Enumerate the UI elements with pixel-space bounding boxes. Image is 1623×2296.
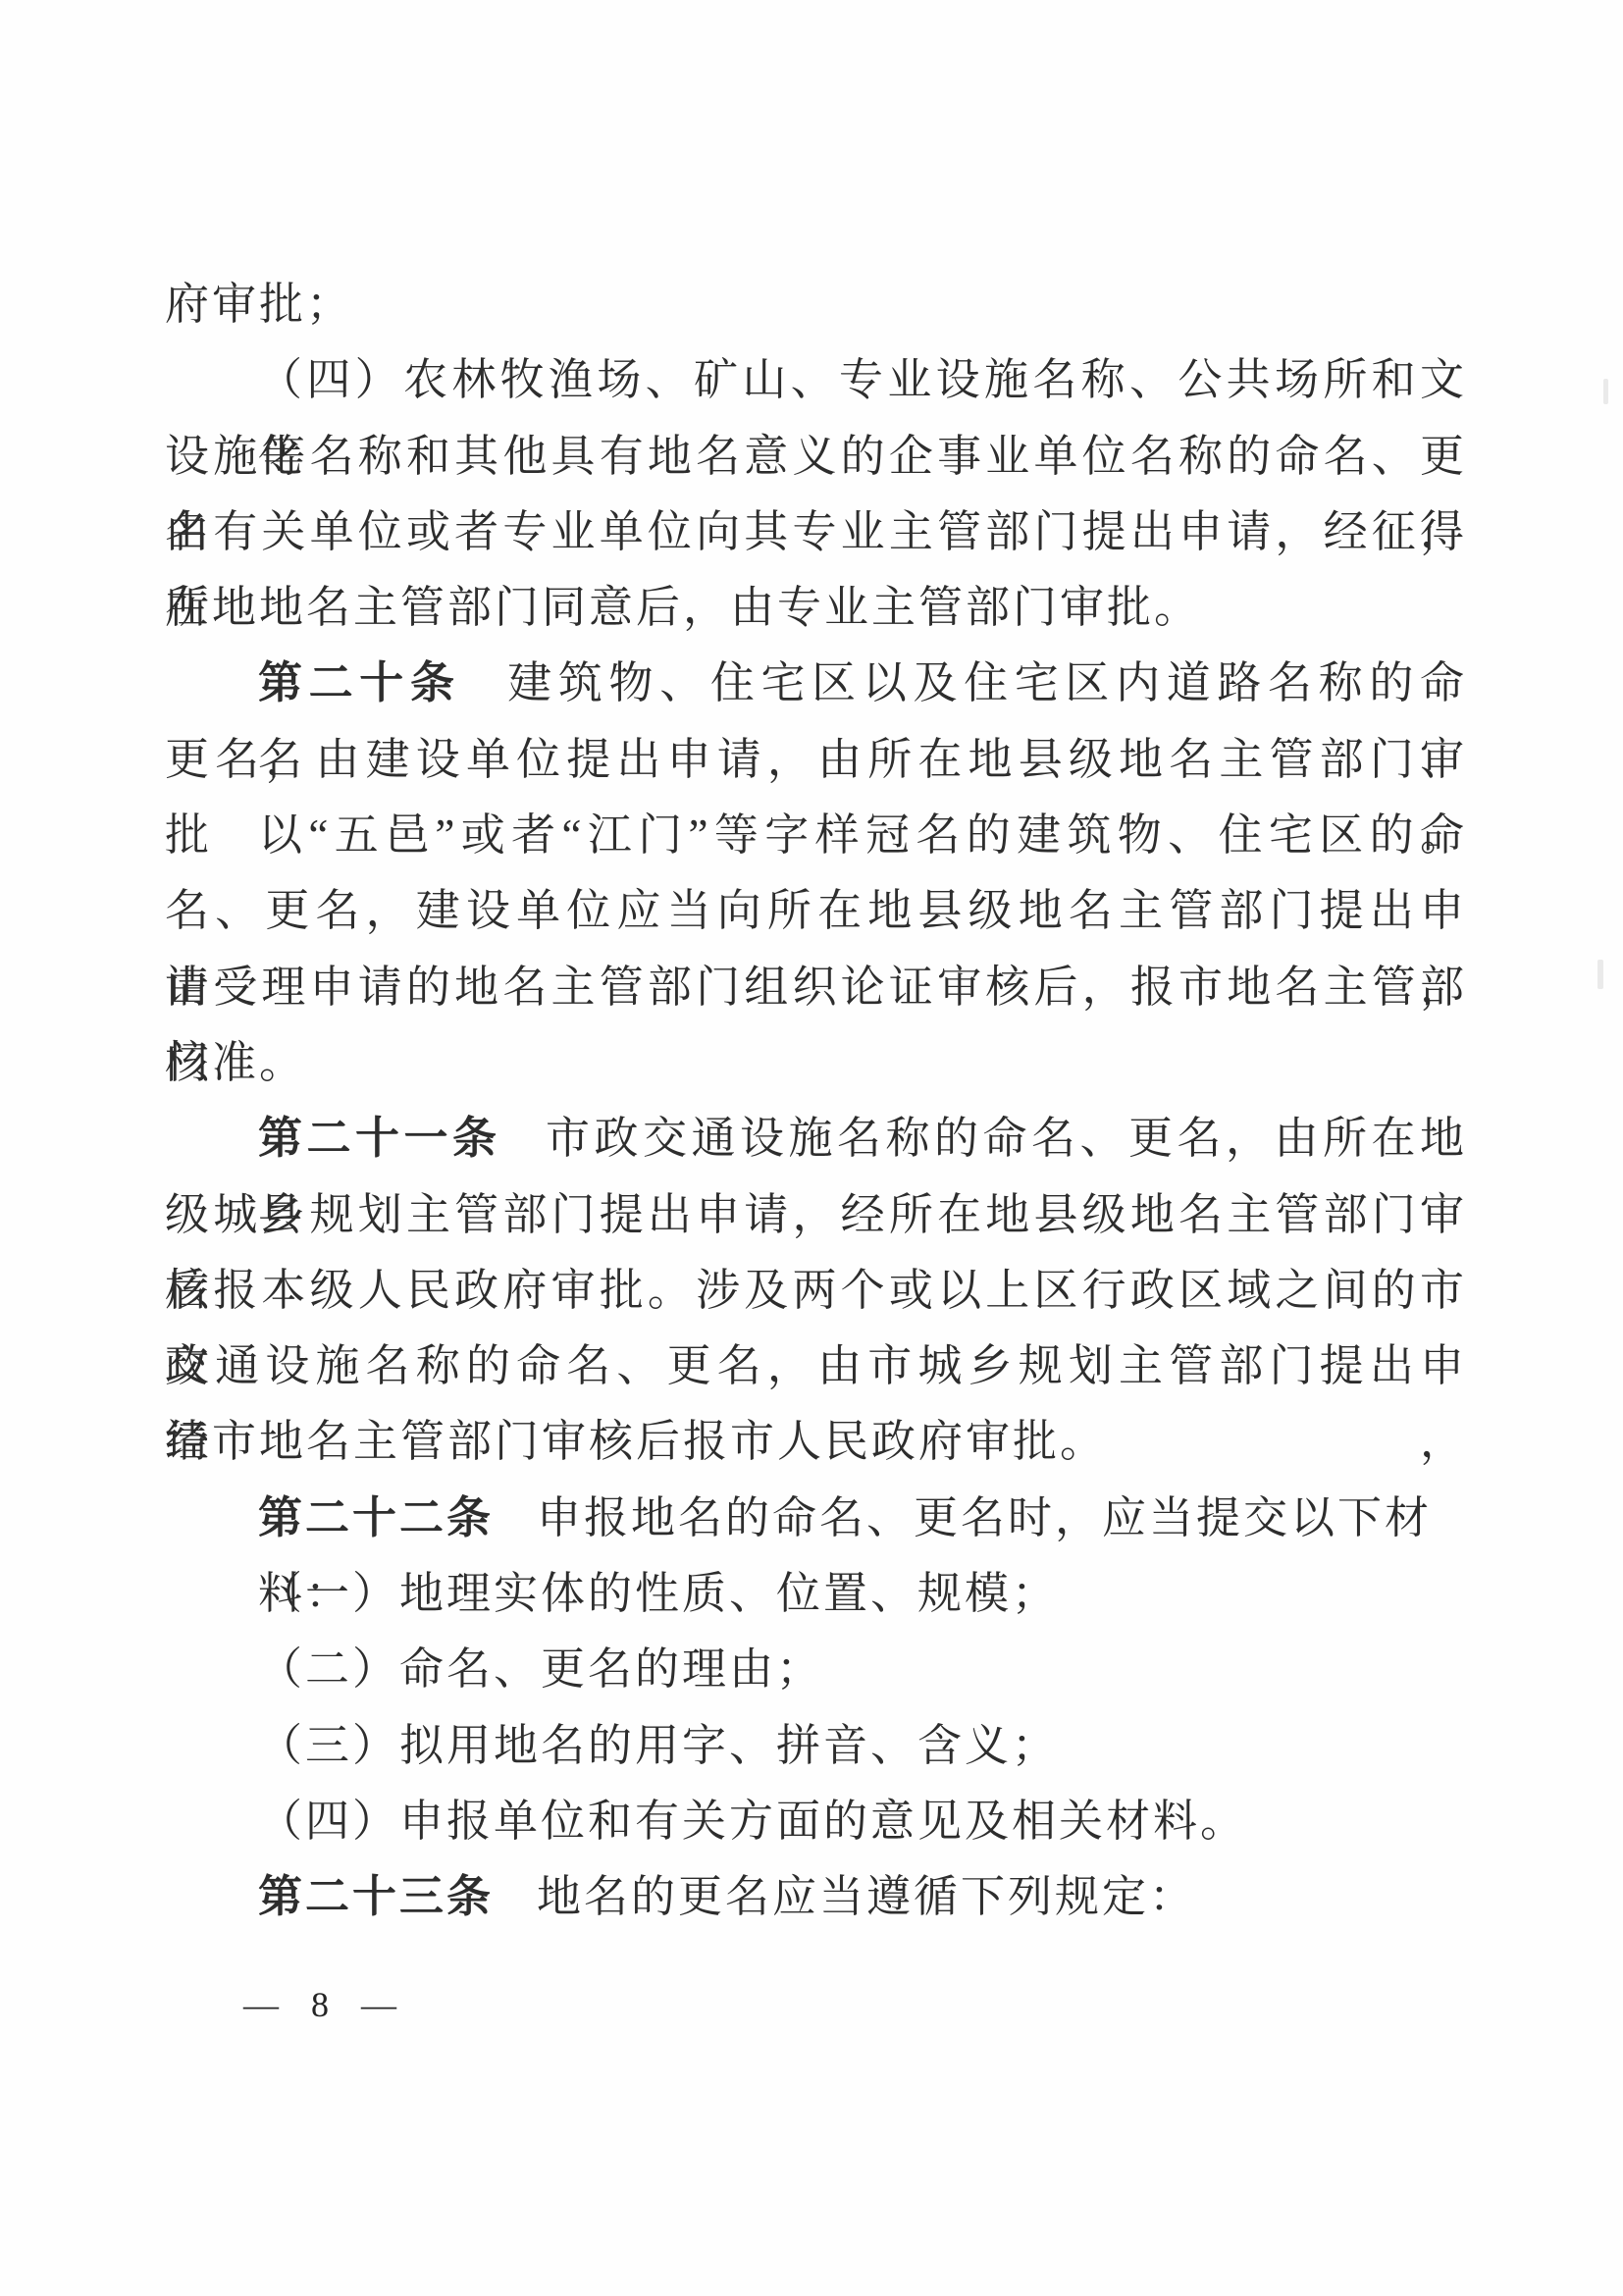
text-line: （四）申报单位和有关方面的意见及相关材料。 [165, 1784, 1467, 1859]
text-line: （四）农林牧渔场、矿山、专业设施名称、公共场所和文化 [165, 342, 1467, 418]
scan-artifact [1597, 960, 1603, 989]
line-text: （二）命名、更名的理由； [258, 1644, 823, 1694]
text-line: 第二十二条申报地名的命名、更名时，应当提交以下材料： [165, 1481, 1467, 1556]
text-line: 第二十一条市政交通设施名称的命名、更名，由所在地县 [165, 1101, 1467, 1176]
text-line: 第二十三条地名的更名应当遵循下列规定： [165, 1859, 1467, 1935]
page-number: — 8 — [243, 1984, 400, 2025]
text-line: （三）拟用地名的用字、拼音、含义； [165, 1708, 1467, 1784]
line-text: 以“五邑”或者“江门”等字样冠名的建筑物、住宅区的命 [258, 810, 1467, 860]
text-line: 核准。 [165, 1025, 1467, 1101]
line-text: （一）地理实体的性质、位置、规模； [258, 1569, 1059, 1618]
scan-artifact [1603, 379, 1608, 404]
line-text: 核准。 [165, 1038, 306, 1087]
line-text: 在地地名主管部门同意后，由专业主管部门审批。 [165, 583, 1201, 632]
text-line: （二）命名、更名的理由； [165, 1632, 1467, 1707]
text-line: 名、更名，建设单位应当向所在地县级地名主管部门提出申请， [165, 873, 1467, 949]
text-line: 以“五邑”或者“江门”等字样冠名的建筑物、住宅区的命 [165, 798, 1467, 873]
text-line: 级城乡规划主管部门提出申请，经所在地县级地名主管部门审核 [165, 1177, 1467, 1253]
line-text: 地名的更名应当遵循下列规定： [537, 1872, 1196, 1921]
line-text: 经市地名主管部门审核后报市人民政府审批。 [165, 1417, 1107, 1466]
line-text: （三）拟用地名的用字、拼音、含义； [258, 1721, 1059, 1770]
text-line: 府审批； [165, 267, 1467, 342]
article-number: 第二十一条 [258, 1114, 501, 1163]
text-line: 由有关单位或者专业单位向其专业主管部门提出申请，经征得所 [165, 495, 1467, 570]
article-number: 第二十二条 [258, 1493, 494, 1542]
text-line: 由受理申请的地名主管部门组织论证审核后，报市地名主管部门 [165, 950, 1467, 1025]
text-line: 更名，由建设单位提出申请，由所在地县级地名主管部门审批。 [165, 722, 1467, 798]
text-line: 第二十条建筑物、住宅区以及住宅区内道路名称的命名、 [165, 646, 1467, 721]
article-number: 第二十条 [258, 658, 461, 707]
text-line: 设施等名称和其他具有地名意义的企事业单位名称的命名、更名， [165, 419, 1467, 495]
text-line: 后报本级人民政府审批。涉及两个或以上区行政区域之间的市政 [165, 1253, 1467, 1329]
line-text: 府审批； [165, 280, 353, 329]
document-page: 府审批；（四）农林牧渔场、矿山、专业设施名称、公共场所和文化设施等名称和其他具有… [0, 0, 1623, 2296]
document-text-body: 府审批；（四）农林牧渔场、矿山、专业设施名称、公共场所和文化设施等名称和其他具有… [165, 267, 1467, 1936]
line-text: （四）申报单位和有关方面的意见及相关材料。 [258, 1797, 1247, 1846]
text-line: 在地地名主管部门同意后，由专业主管部门审批。 [165, 570, 1467, 646]
text-line: （一）地理实体的性质、位置、规模； [165, 1556, 1467, 1632]
text-line: 交通设施名称的命名、更名，由市城乡规划主管部门提出申请， [165, 1329, 1467, 1404]
article-number: 第二十三条 [258, 1872, 494, 1921]
